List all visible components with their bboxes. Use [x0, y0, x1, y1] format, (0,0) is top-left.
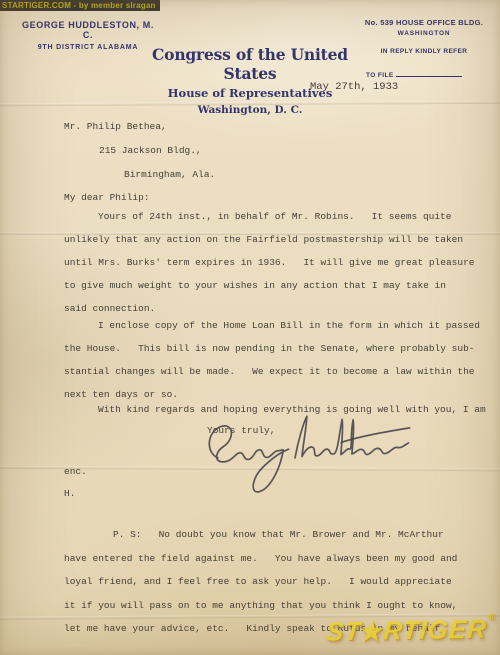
signature-george-huddleston: [196, 401, 429, 513]
letterhead-office-block: No. 539 HOUSE OFFICE BLDG. WASHINGTON IN…: [356, 18, 492, 82]
to-file-row: TO FILE: [356, 64, 492, 82]
body-line: I enclose copy of the Home Loan Bill in …: [64, 314, 480, 337]
file-blank-line: [396, 70, 462, 77]
recipient-address-1: 215 Jackson Bldg.,: [99, 145, 202, 157]
office-city: WASHINGTON: [356, 30, 492, 37]
washington-line: Washington, D. C.: [143, 104, 357, 116]
startiger-logo-watermark: ST★RTIGER®: [325, 612, 496, 651]
postscript-line: loyal friend, and I feel free to ask you…: [64, 570, 480, 594]
postscript-line: have entered the field against me. You h…: [64, 547, 480, 571]
typist-initial: H.: [64, 488, 75, 500]
startiger-top-watermark: STARTIGER.COM - by member slragan: [0, 0, 160, 11]
body-line: until Mrs. Burks' term expires in 1936. …: [64, 251, 480, 274]
body-line: to give much weight to your wishes in an…: [64, 274, 480, 297]
letterhead-member-block: GEORGE HUDDLESTON, M. C. 9TH DISTRICT AL…: [16, 20, 160, 51]
body-line: stantial changes will be made. We expect…: [64, 360, 480, 383]
recipient-name: Mr. Philip Bethea,: [64, 121, 167, 133]
registered-mark-icon: ®: [488, 612, 496, 622]
congress-title: Congress of the United States: [143, 45, 357, 83]
letter-date: May 27th, 1933: [310, 81, 398, 93]
member-district: 9TH DISTRICT ALABAMA: [16, 44, 160, 51]
salutation: My dear Philip:: [64, 192, 150, 204]
logo-text-right: RTIGER: [382, 614, 488, 646]
body-line: Yours of 24th inst., in behalf of Mr. Ro…: [64, 205, 480, 228]
enclosure-notation: enc.: [64, 466, 87, 478]
recipient-address-2: Birmingham, Ala.: [124, 169, 215, 181]
body-line: unlikely that any action on the Fairfiel…: [64, 228, 480, 251]
to-file-label: TO FILE: [366, 72, 394, 79]
office-address: No. 539 HOUSE OFFICE BLDG.: [356, 18, 492, 27]
postscript-line: P. S: No doubt you know that Mr. Brower …: [64, 523, 480, 547]
body-paragraph-2: I enclose copy of the Home Loan Bill in …: [64, 314, 480, 406]
reply-refer-line: IN REPLY KINDLY REFER: [356, 48, 492, 55]
body-line: the House. This bill is now pending in t…: [64, 337, 480, 360]
body-paragraph-1: Yours of 24th inst., in behalf of Mr. Ro…: [64, 205, 480, 320]
scanned-letter-page: GEORGE HUDDLESTON, M. C. 9TH DISTRICT AL…: [0, 0, 500, 655]
member-name: GEORGE HUDDLESTON, M. C.: [16, 20, 160, 40]
